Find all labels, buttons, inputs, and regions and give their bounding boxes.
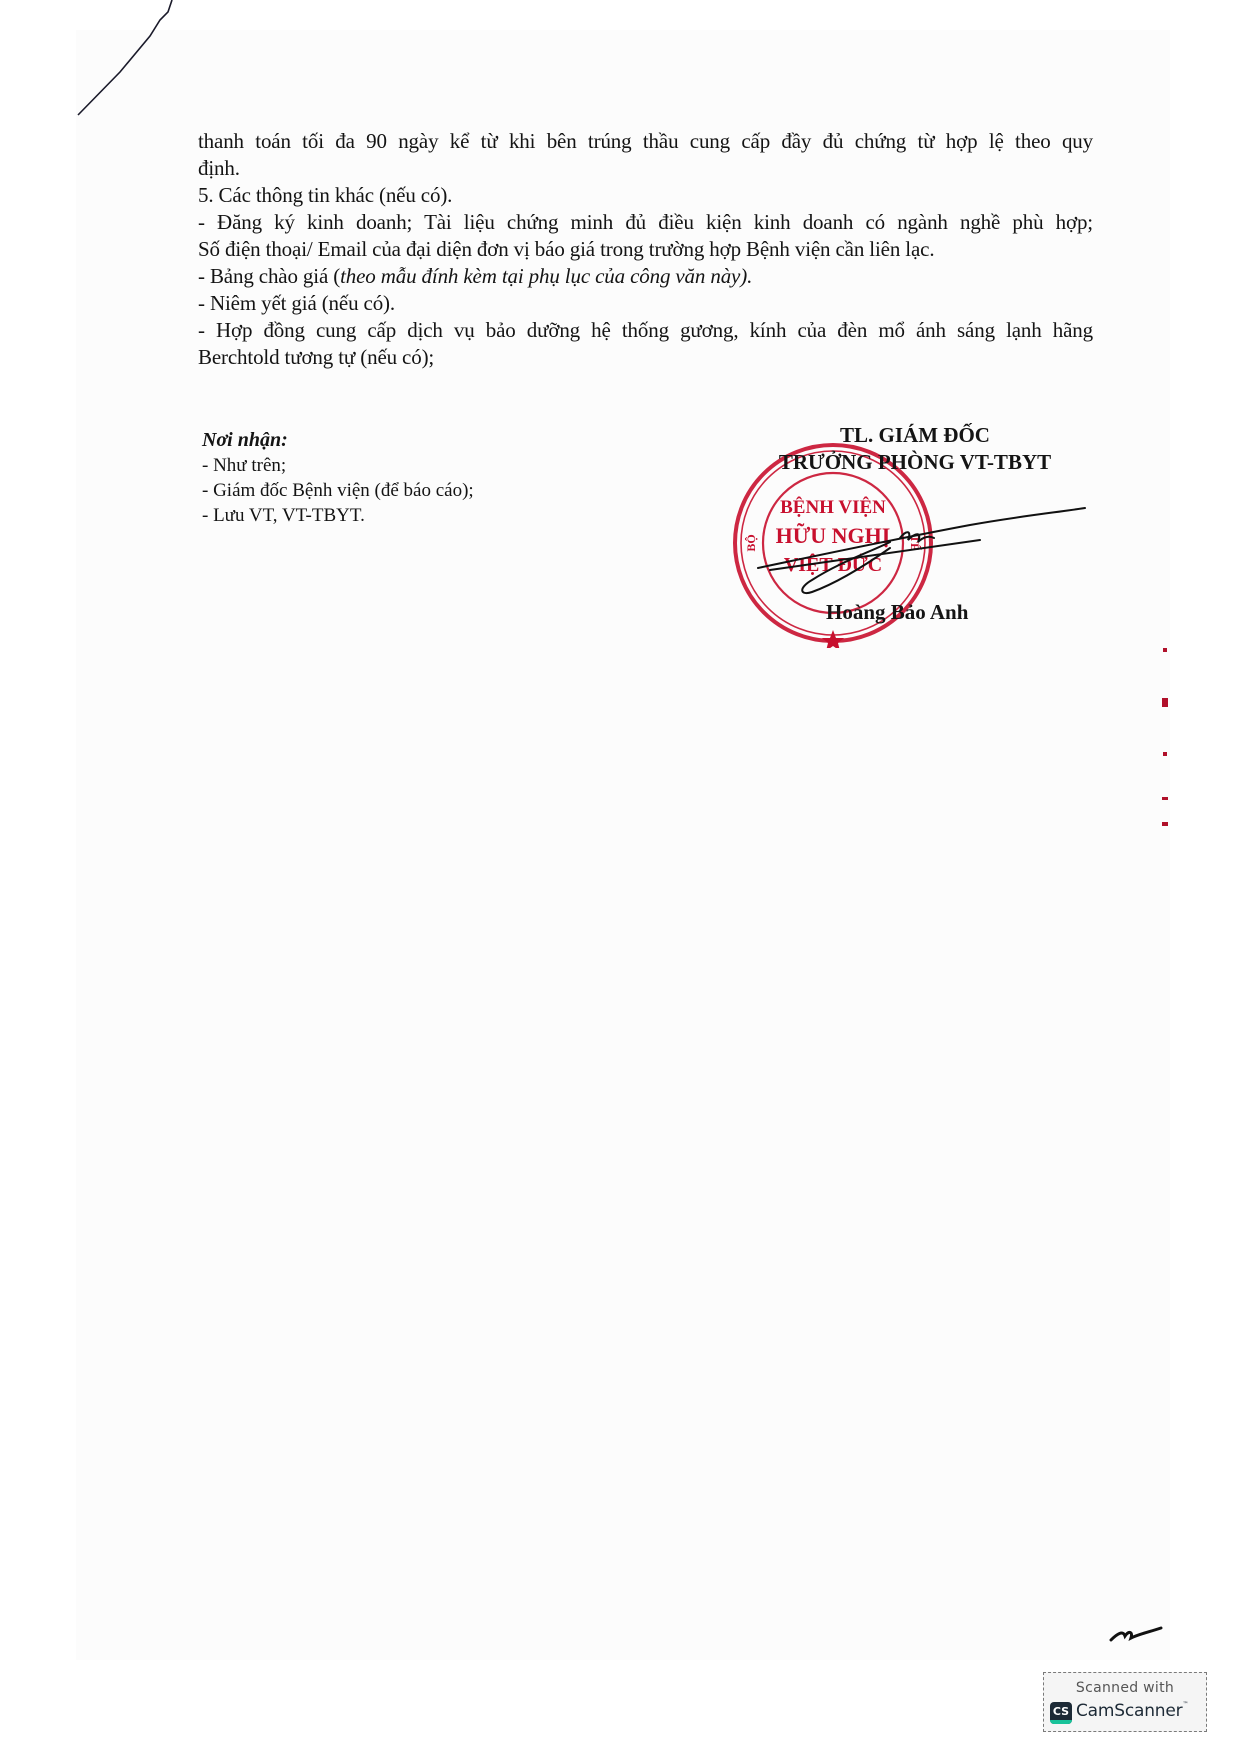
signatory-line2: TRƯỞNG PHÒNG VT-TBYT: [740, 449, 1090, 476]
quote-prefix: - Bảng chào giá (: [198, 264, 340, 288]
watermark-brand: CamScanner™: [1076, 1701, 1188, 1721]
trademark-symbol: ™: [1182, 1701, 1188, 1708]
body-line: - Niêm yết giá (nếu có).: [198, 290, 1093, 317]
camscanner-logo-icon: CS: [1050, 1702, 1072, 1724]
quote-italic: theo mẫu đính kèm tại phụ lục của công v…: [340, 264, 752, 288]
recipient-item: - Giám đốc Bệnh viện (để báo cáo);: [202, 478, 474, 503]
body-line: định.: [198, 155, 1093, 182]
signer-name: Hoàng Bảo Anh: [826, 600, 968, 625]
document-body: thanh toán tối đa 90 ngày kể từ khi bên …: [198, 128, 1093, 371]
pen-stroke-mark: [0, 0, 200, 130]
watermark-caption: Scanned with: [1044, 1680, 1206, 1696]
signatory-title: TL. GIÁM ĐỐC TRƯỞNG PHÒNG VT-TBYT: [740, 422, 1090, 476]
body-line: thanh toán tối đa 90 ngày kể từ khi bên …: [198, 128, 1093, 155]
signatory-line1: TL. GIÁM ĐỐC: [740, 422, 1090, 449]
recipient-item: - Lưu VT, VT-TBYT.: [202, 503, 474, 528]
recipient-item: - Như trên;: [202, 453, 474, 478]
recipients-title: Nơi nhận:: [202, 428, 474, 453]
quote-line: - Bảng chào giá (theo mẫu đính kèm tại p…: [198, 263, 1093, 290]
body-line: - Đăng ký kinh doanh; Tài liệu chứng min…: [198, 209, 1093, 236]
body-line: Số điện thoại/ Email của đại diện đơn vị…: [198, 236, 1093, 263]
handwritten-signature: [740, 500, 1100, 610]
section-heading: 5. Các thông tin khác (nếu có).: [198, 182, 1093, 209]
recipients-block: Nơi nhận: - Như trên; - Giám đốc Bệnh vi…: [202, 428, 474, 528]
initial-scribble: [1105, 1618, 1165, 1648]
body-line: - Hợp đồng cung cấp dịch vụ bảo dưỡng hệ…: [198, 317, 1093, 344]
body-line: Berchtold tương tự (nếu có);: [198, 344, 1093, 371]
brand-name: CamScanner: [1076, 1701, 1182, 1721]
edge-stamp-fragments: [1160, 640, 1172, 840]
camscanner-watermark: Scanned with CS CamScanner™: [1043, 1672, 1207, 1732]
